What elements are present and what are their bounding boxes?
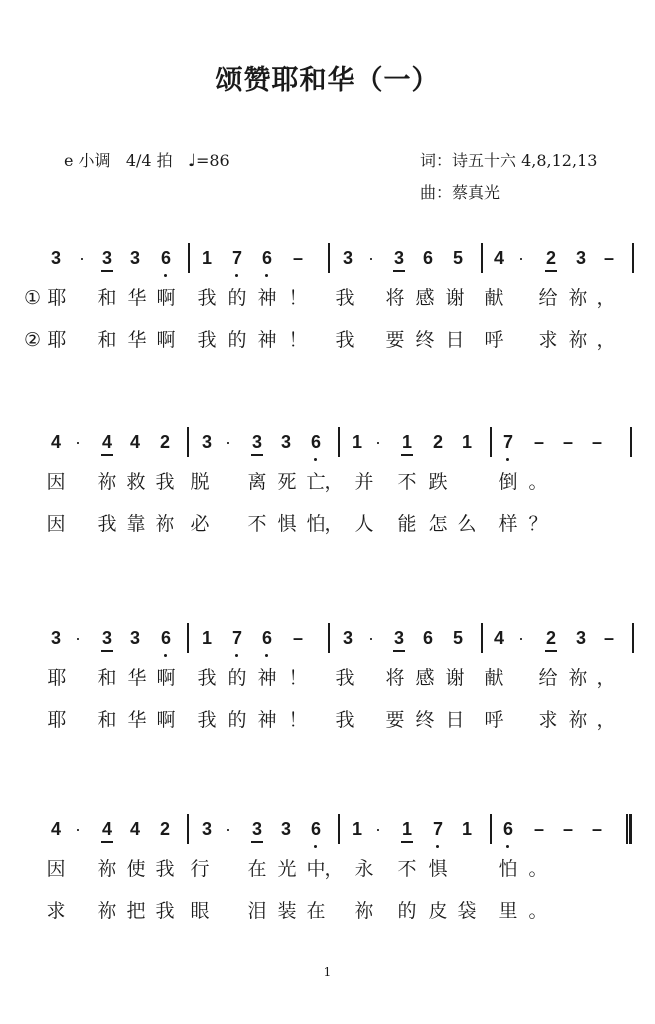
lyric-char: 华 [125,707,149,733]
lyric-char: 倒 [496,469,520,495]
note: 3 [389,245,409,271]
lyric-char: 里 [496,898,520,924]
extension-dash: – [288,245,308,271]
lyric-char: 我 [153,856,177,882]
page-number: 1 [0,965,655,979]
lyric-char: 泪 [245,898,269,924]
lyric-char: ， [594,327,618,353]
lyric-char: 脱 [188,469,212,495]
lyric-char: 啊 [154,285,178,311]
extension-dash: – [599,625,619,651]
lyrics-verse-2: 因我靠祢必不惧怕，人能怎么样？ [0,511,655,537]
lyric-char: 啊 [154,707,178,733]
note: 3 [46,245,66,271]
song-title: 颂赞耶和华（一） [0,58,655,97]
lyric-char: 祢 [153,511,177,537]
note: 3 [197,429,217,455]
lyric-char: 感 [413,665,437,691]
note: 1 [347,816,367,842]
lyric-char: 必 [188,511,212,537]
lyric-char: 。 [526,898,550,924]
note: 6 [156,245,176,271]
final-bar-line [626,814,632,844]
note: 4 [489,245,509,271]
lyric-char: 华 [125,285,149,311]
note: 2 [155,429,175,455]
extension-dash: – [587,429,607,455]
note: 5 [448,625,468,651]
lyric-char: 怎 [426,511,450,537]
augmentation-dot: · [511,625,531,651]
note: 1 [197,625,217,651]
lyric-char: 求 [536,707,560,733]
lyric-char: 终 [413,707,437,733]
lyric-char: 行 [188,856,212,882]
lyric-char: 我 [95,511,119,537]
lyrics-verse-1: 因祢使我行在光中，永不惧怕。 [0,856,655,882]
note: 3 [276,429,296,455]
lyric-char: 将 [383,285,407,311]
lyric-char: 祢 [566,665,590,691]
lyric-char: 不 [395,856,419,882]
lyric-char: ！ [286,327,310,353]
verse-number: ① [24,285,41,311]
lyric-char: 耶 [45,327,69,353]
lyric-char: 我 [195,327,219,353]
lyric-char: 和 [95,285,119,311]
lyric-char: 样 [496,511,520,537]
note: 4 [46,429,66,455]
lyric-char: 献 [482,285,506,311]
lyric-char: ！ [286,707,310,733]
lyric-char: 日 [443,707,467,733]
note: 3 [97,245,117,271]
note: 4 [97,816,117,842]
lyric-char: ， [322,856,346,882]
lyric-char: ？ [526,511,550,537]
tempo: =86 [196,151,230,170]
lyric-char: 神 [255,285,279,311]
lyric-char: 因 [44,469,68,495]
note: 4 [97,429,117,455]
lyric-char: 华 [125,665,149,691]
note: 6 [306,816,326,842]
note: 3 [571,245,591,271]
notation-row: 4·4423·3361·1217––– [0,429,655,459]
lyric-char: ！ [286,285,310,311]
lyric-char: 我 [333,285,357,311]
lyric-char: 我 [153,469,177,495]
note: 2 [428,429,448,455]
extension-dash: – [288,625,308,651]
lyrics-verse-2: 求祢把我眼泪装在祢的皮袋里。 [0,898,655,924]
note: 6 [257,625,277,651]
bar-line [632,623,634,653]
lyric-char: 和 [95,665,119,691]
lyric-char: 祢 [566,707,590,733]
bar-line [187,623,189,653]
lyric-char: 的 [225,285,249,311]
lyric-char: 靠 [124,511,148,537]
note: 3 [276,816,296,842]
lyric-char: 。 [526,856,550,882]
note: 3 [125,245,145,271]
lyric-char: 我 [333,665,357,691]
bar-line [481,623,483,653]
bar-line [490,427,492,457]
lyric-char: ， [594,665,618,691]
note: 3 [97,625,117,651]
lyric-char: 日 [443,327,467,353]
lyric-char: 我 [153,898,177,924]
lyrics-verse-1: ①耶和华啊我的神！我将感谢献给祢， [0,285,655,311]
lyric-char: 救 [124,469,148,495]
lyric-char: 将 [383,665,407,691]
note: 4 [125,816,145,842]
lyric-char: 因 [44,511,68,537]
key-signature: e 小调 [64,151,111,170]
bar-line [632,243,634,273]
note: 3 [338,245,358,271]
lyric-char: 眼 [188,898,212,924]
note: 7 [227,245,247,271]
bar-line [328,243,330,273]
extension-dash: – [529,429,549,455]
lyrics-verse-2: 耶和华啊我的神！我要终日呼求祢， [0,707,655,733]
lyric-char: 谢 [443,285,467,311]
lyric-char: 离 [245,469,269,495]
note: 1 [397,429,417,455]
note: 3 [571,625,591,651]
lyric-char: 怕 [496,856,520,882]
lyric-char: 祢 [95,469,119,495]
lyric-char: 能 [395,511,419,537]
note: 3 [247,816,267,842]
bar-line [338,427,340,457]
note: 7 [428,816,448,842]
extension-dash: – [558,429,578,455]
verse-number: ② [24,327,41,353]
lyric-char: 呼 [482,707,506,733]
lyric-char: 把 [124,898,148,924]
lyric-char: 永 [352,856,376,882]
bar-line [187,427,189,457]
lyric-char: 神 [255,707,279,733]
note: 3 [125,625,145,651]
augmentation-dot: · [368,816,388,842]
augmentation-dot: · [361,245,381,271]
lyric-char: 我 [195,285,219,311]
lyric-char: 祢 [566,285,590,311]
lyric-char: 神 [255,327,279,353]
lyric-char: 要 [383,707,407,733]
note: 6 [306,429,326,455]
lyric-char: 我 [333,707,357,733]
lyric-char: ， [594,285,618,311]
lyric-char: 并 [352,469,376,495]
note: 3 [247,429,267,455]
lyric-char: 惧 [426,856,450,882]
lyrics-credit: 词：诗五十六 4,8,12,13 [420,148,597,171]
lyric-char: 谢 [443,665,467,691]
notation-row: 3·336176–3·3654·23– [0,245,655,275]
augmentation-dot: · [511,245,531,271]
augmentation-dot: · [68,816,88,842]
lyric-char: 跌 [426,469,450,495]
lyric-char: 啊 [154,665,178,691]
lyric-char: ， [322,511,346,537]
lyric-char: 不 [395,469,419,495]
lyric-char: 我 [333,327,357,353]
augmentation-dot: · [68,625,88,651]
augmentation-dot: · [218,816,238,842]
note: 6 [498,816,518,842]
note: 1 [197,245,217,271]
extension-dash: – [558,816,578,842]
bar-line [481,243,483,273]
lyric-char: 耶 [45,707,69,733]
lyric-char: ， [594,707,618,733]
notation-row: 4·4423·3361·1716––– [0,816,655,846]
lyric-char: 在 [245,856,269,882]
lyric-char: 给 [536,665,560,691]
note: 2 [541,245,561,271]
lyric-char: 。 [526,469,550,495]
time-signature: 4/4 拍 [126,151,173,170]
lyrics-verse-1: 因祢救我脱离死亡，并不跌倒。 [0,469,655,495]
lyric-char: 啊 [154,327,178,353]
lyric-char: 终 [413,327,437,353]
lyric-char: 么 [455,511,479,537]
lyric-char: 献 [482,665,506,691]
note: 3 [338,625,358,651]
bar-line [187,814,189,844]
note: 6 [418,245,438,271]
note: 7 [227,625,247,651]
lyric-char: 袋 [455,898,479,924]
extension-dash: – [599,245,619,271]
bar-line [630,427,632,457]
lyric-char: 的 [395,898,419,924]
note: 5 [448,245,468,271]
lyric-char: 祢 [352,898,376,924]
lyric-char: 的 [225,665,249,691]
lyric-char: 使 [124,856,148,882]
lyric-char: 在 [304,898,328,924]
lyric-char: 的 [225,327,249,353]
quarter-note-icon: ♩ [188,151,196,171]
note: 1 [457,429,477,455]
extension-dash: – [587,816,607,842]
lyric-char: 给 [536,285,560,311]
lyric-char: 要 [383,327,407,353]
note: 4 [125,429,145,455]
note: 2 [541,625,561,651]
augmentation-dot: · [361,625,381,651]
augmentation-dot: · [368,429,388,455]
bar-line [490,814,492,844]
augmentation-dot: · [72,245,92,271]
lyric-char: 光 [275,856,299,882]
lyric-char: 神 [255,665,279,691]
lyric-char: ！ [286,665,310,691]
lyric-char: 的 [225,707,249,733]
lyric-char: 祢 [95,898,119,924]
extension-dash: – [529,816,549,842]
lyric-char: 皮 [426,898,450,924]
augmentation-dot: · [68,429,88,455]
note: 6 [257,245,277,271]
lyric-char: 感 [413,285,437,311]
music-credit: 曲：蔡真光 [420,180,500,203]
lyric-char: 华 [125,327,149,353]
augmentation-dot: · [218,429,238,455]
note: 3 [46,625,66,651]
lyric-char: 惧 [275,511,299,537]
lyric-char: 装 [275,898,299,924]
lyric-char: 和 [95,707,119,733]
song-meta-key-time-tempo: e 小调 4/4 拍 ♩=86 [64,148,230,171]
note: 6 [156,625,176,651]
lyric-char: 死 [275,469,299,495]
lyric-char: 耶 [45,285,69,311]
bar-line [188,243,190,273]
lyrics-verse-1: 耶和华啊我的神！我将感谢献给祢， [0,665,655,691]
lyric-char: 和 [95,327,119,353]
lyric-char: 耶 [45,665,69,691]
bar-line [328,623,330,653]
lyric-char: 呼 [482,327,506,353]
lyrics-verse-2: ②耶和华啊我的神！我要终日呼求祢， [0,327,655,353]
lyric-char: 我 [195,707,219,733]
lyric-char: 不 [245,511,269,537]
lyric-char: 祢 [95,856,119,882]
note: 1 [347,429,367,455]
note: 7 [498,429,518,455]
lyric-char: 因 [44,856,68,882]
lyric-char: ， [322,469,346,495]
note: 1 [457,816,477,842]
note: 2 [155,816,175,842]
note: 6 [418,625,438,651]
note: 4 [46,816,66,842]
note: 1 [397,816,417,842]
lyric-char: 祢 [566,327,590,353]
lyric-char: 我 [195,665,219,691]
note: 3 [389,625,409,651]
notation-row: 3·336176–3·3654·23– [0,625,655,655]
lyric-char: 求 [44,898,68,924]
lyric-char: 人 [352,511,376,537]
bar-line [338,814,340,844]
note: 3 [197,816,217,842]
note: 4 [489,625,509,651]
lyric-char: 求 [536,327,560,353]
